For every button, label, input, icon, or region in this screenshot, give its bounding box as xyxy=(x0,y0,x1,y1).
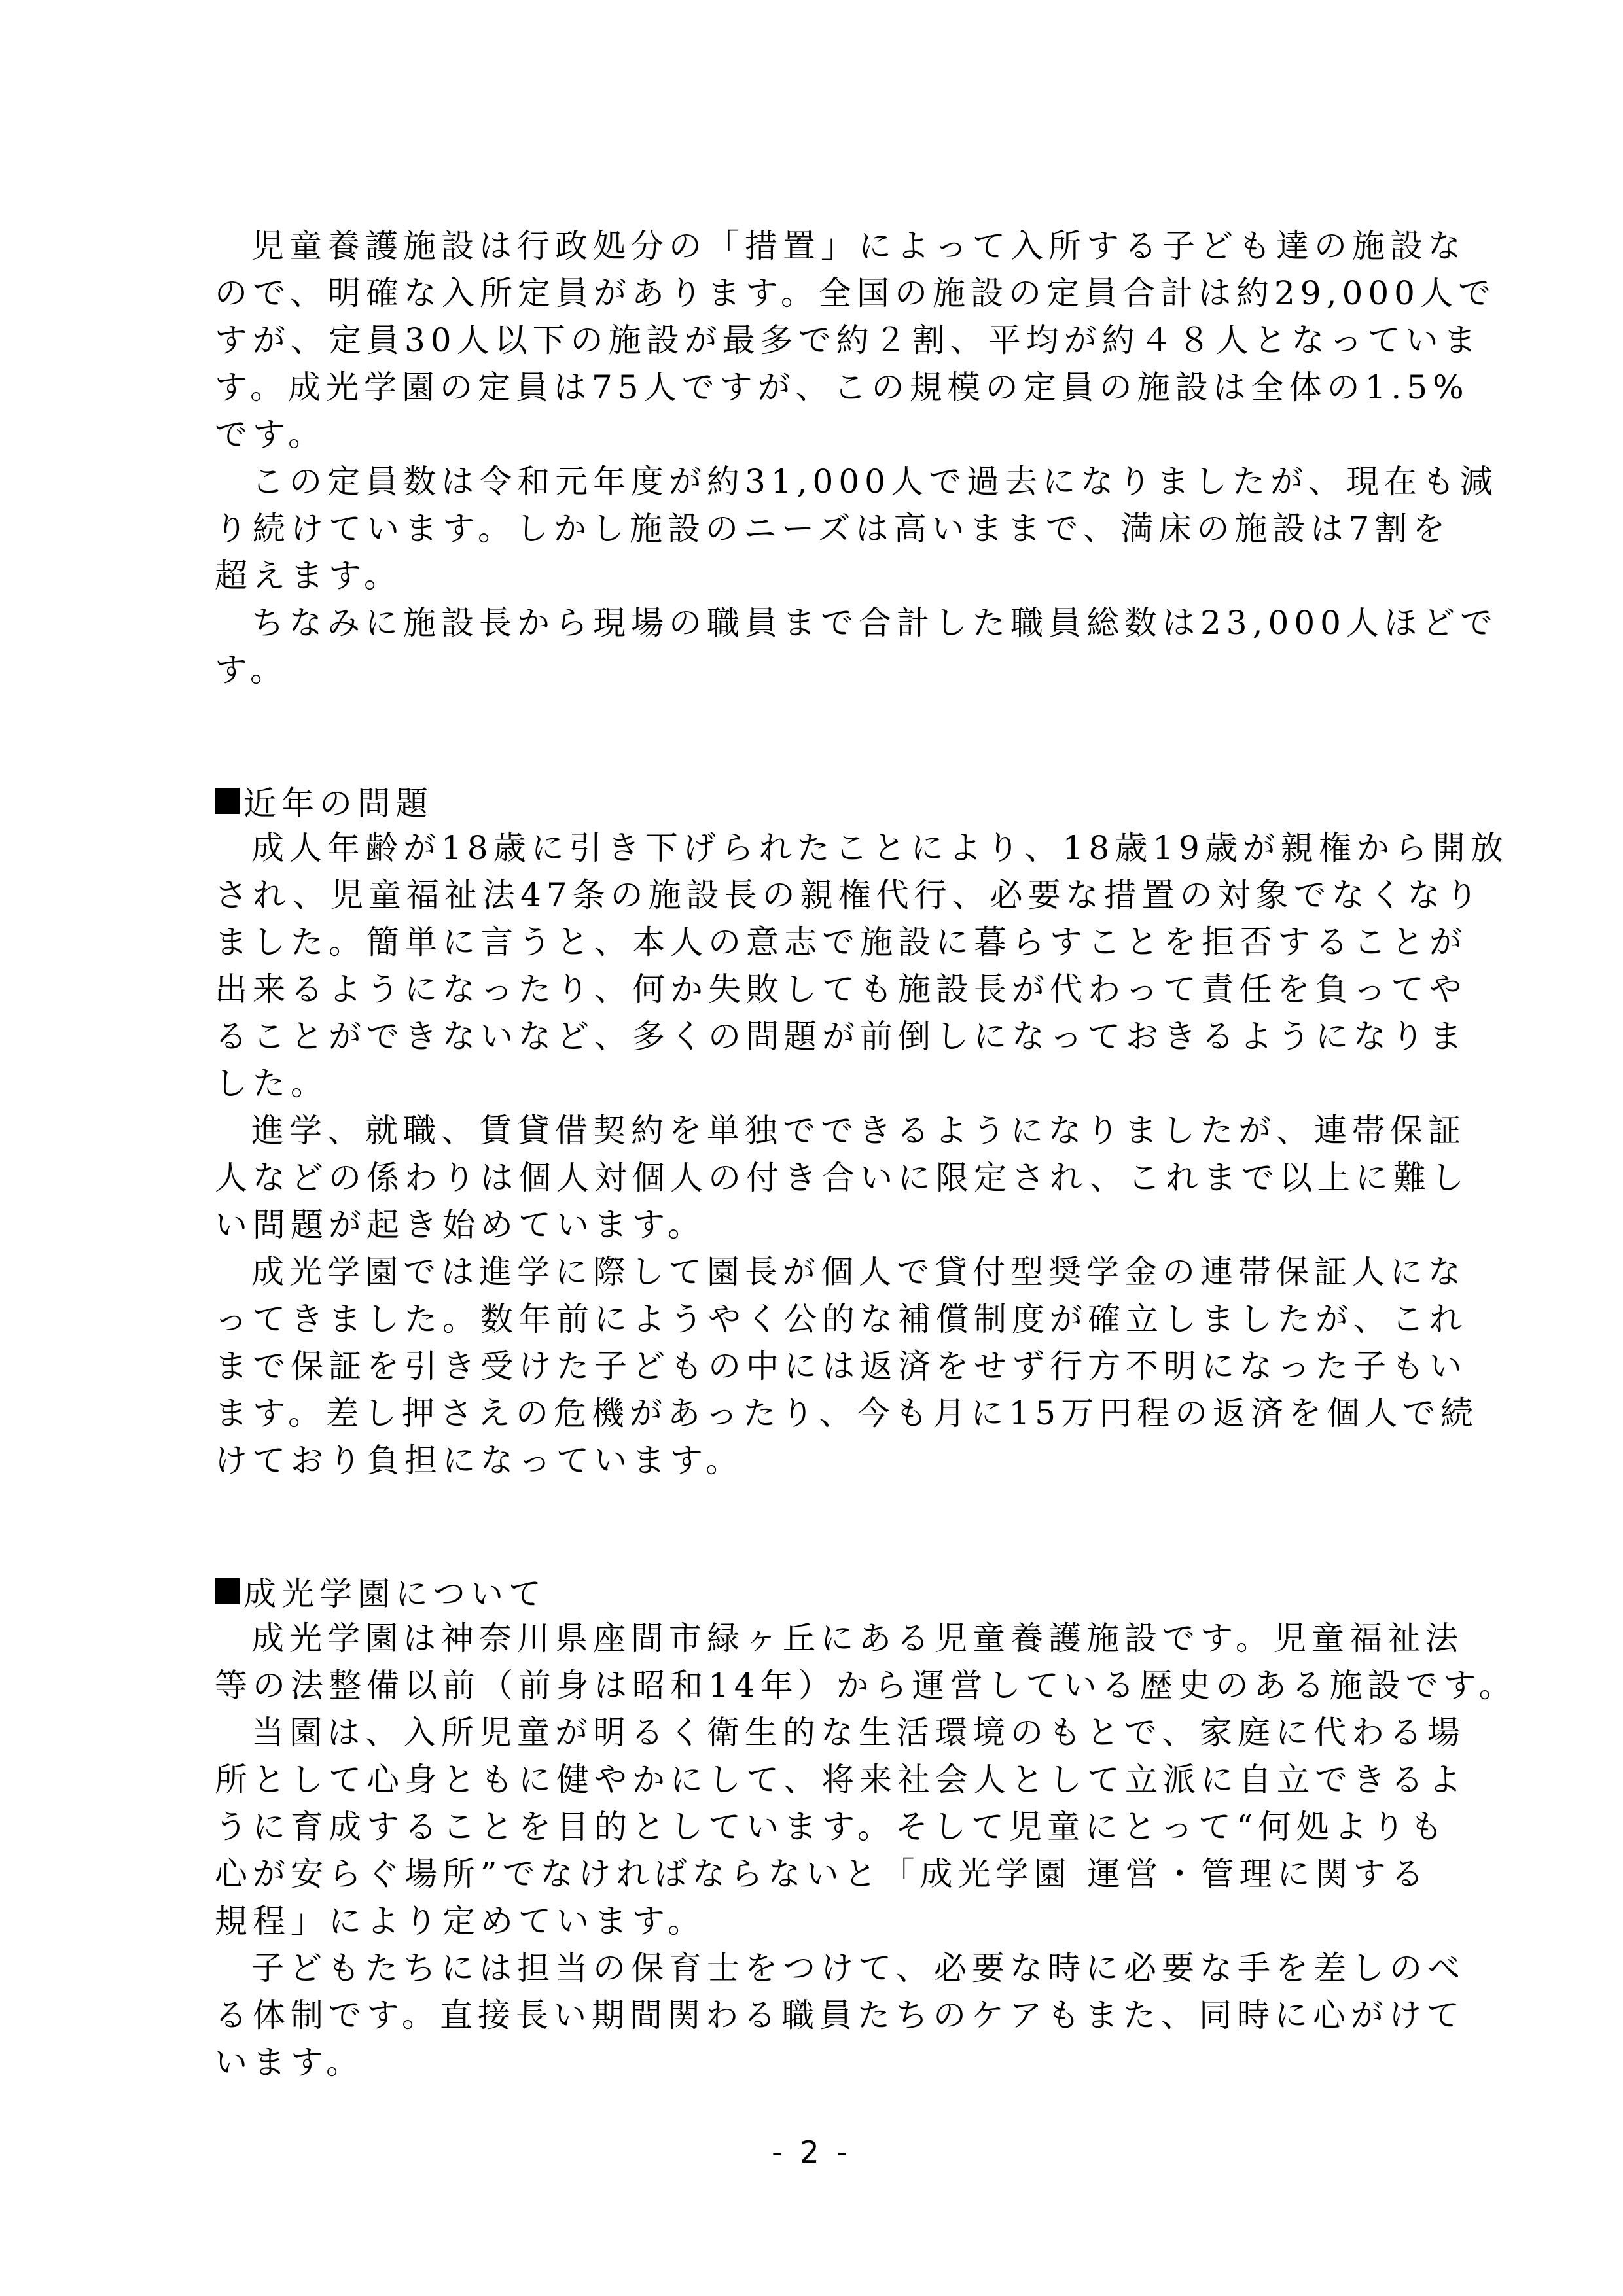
intro-paragraph-2: この定員数は令和元年度が約31,000人で過去になりましたが、現在も減 り続けて… xyxy=(215,458,1400,599)
section-1-paragraph-3: 成光学園では進学に際して園長が個人で貸付型奨学金の連帯保証人にな ってきました。… xyxy=(215,1248,1400,1484)
text-line: 人などの係わりは個人対個人の付き合いに限定され、これまで以上に難し xyxy=(215,1154,1400,1201)
text-line: 所として心身ともに健やかにして、将来社会人として立派に自立できるよ xyxy=(215,1756,1400,1803)
document-body: 児童養護施設は行政処分の「措置」によって入所する子ども達の施設な ので、明確な入… xyxy=(215,222,1400,2086)
text-line: す。成光学園の定員は75人ですが、この規模の定員の施設は全体の1.5% xyxy=(215,364,1400,411)
text-line: 出来るようになったり、何か失敗しても施設長が代わって責任を負ってや xyxy=(215,966,1400,1013)
text-line: 成光学園は神奈川県座間市緑ヶ丘にある児童養護施設です。児童福祉法 xyxy=(215,1615,1400,1662)
text-line: 進学、就職、賃貸借契約を単独でできるようになりましたが、連帯保証 xyxy=(215,1107,1400,1154)
section-2-paragraph-2: 当園は、入所児童が明るく衛生的な生活環境のもとで、家庭に代わる場 所として心身と… xyxy=(215,1709,1400,1945)
text-line: ます。差し押さえの危機があったり、今も月に15万円程の返済を個人で続 xyxy=(215,1390,1400,1437)
intro-paragraph-1: 児童養護施設は行政処分の「措置」によって入所する子ども達の施設な ので、明確な入… xyxy=(215,222,1400,458)
text-line: 等の法整備以前（前身は昭和14年）から運営している歴史のある施設です。 xyxy=(215,1662,1400,1709)
text-line: 超えます。 xyxy=(215,552,1400,599)
text-line: 心が安らぐ場所”でなければならないと「成光学園 運営・管理に関する xyxy=(215,1850,1400,1898)
text-line: り続けています。しかし施設のニーズは高いままで、満床の施設は7割を xyxy=(215,505,1400,552)
text-line: され、児童福祉法47条の施設長の親権代行、必要な措置の対象でなくなり xyxy=(215,872,1400,919)
section-heading-text: 近年の問題 xyxy=(243,777,433,824)
text-line: 児童養護施設は行政処分の「措置」によって入所する子ども達の施設な xyxy=(215,222,1400,270)
black-square-icon xyxy=(215,788,240,814)
section-2-paragraph-1: 成光学園は神奈川県座間市緑ヶ丘にある児童養護施設です。児童福祉法 等の法整備以前… xyxy=(215,1615,1400,1709)
text-line: した。 xyxy=(215,1060,1400,1107)
text-line: います。 xyxy=(215,2039,1400,2086)
text-line: す。 xyxy=(215,646,1400,694)
spacer xyxy=(215,1484,1400,1568)
text-line: ちなみに施設長から現場の職員まで合計した職員総数は23,000人ほどで xyxy=(215,599,1400,646)
section-1-paragraph-1: 成人年齢が18歳に引き下げられたことにより、18歳19歳が親権から開放 され、児… xyxy=(215,824,1400,1107)
section-recent-issues: 近年の問題 成人年齢が18歳に引き下げられたことにより、18歳19歳が親権から開… xyxy=(215,777,1400,1484)
section-heading: 成光学園について xyxy=(215,1568,1400,1615)
text-line: い問題が起き始めています。 xyxy=(215,1201,1400,1248)
intro-paragraph-3: ちなみに施設長から現場の職員まで合計した職員総数は23,000人ほどで す。 xyxy=(215,599,1400,694)
text-line: まで保証を引き受けた子どもの中には返済をせず行方不明になった子もい xyxy=(215,1343,1400,1390)
text-line: けており負担になっています。 xyxy=(215,1437,1400,1484)
section-2-paragraph-3: 子どもたちには担当の保育士をつけて、必要な時に必要な手を差しのべ る体制です。直… xyxy=(215,1945,1400,2086)
text-line: 規程」により定めています。 xyxy=(215,1898,1400,1945)
text-line: ました。簡単に言うと、本人の意志で施設に暮らすことを拒否することが xyxy=(215,919,1400,966)
section-1-paragraph-2: 進学、就職、賃貸借契約を単独でできるようになりましたが、連帯保証 人などの係わり… xyxy=(215,1107,1400,1248)
text-line: 成光学園では進学に際して園長が個人で貸付型奨学金の連帯保証人にな xyxy=(215,1248,1400,1296)
section-heading-text: 成光学園について xyxy=(243,1568,546,1615)
text-line: 子どもたちには担当の保育士をつけて、必要な時に必要な手を差しのべ xyxy=(215,1945,1400,1992)
section-heading: 近年の問題 xyxy=(215,777,1400,824)
section-about-seiko-gakuen: 成光学園について 成光学園は神奈川県座間市緑ヶ丘にある児童養護施設です。児童福祉… xyxy=(215,1568,1400,2086)
text-line: る体制です。直接長い期間関わる職員たちのケアもまた、同時に心がけて xyxy=(215,1992,1400,2039)
text-line: この定員数は令和元年度が約31,000人で過去になりましたが、現在も減 xyxy=(215,458,1400,505)
text-line: うに育成することを目的としています。そして児童にとって“何処よりも xyxy=(215,1803,1400,1850)
text-line: です。 xyxy=(215,411,1400,458)
spacer xyxy=(215,694,1400,777)
text-line: ってきました。数年前にようやく公的な補償制度が確立しましたが、これ xyxy=(215,1296,1400,1343)
text-line: ので、明確な入所定員があります。全国の施設の定員合計は約29,000人で xyxy=(215,270,1400,317)
text-line: ることができないなど、多くの問題が前倒しになっておきるようになりま xyxy=(215,1013,1400,1060)
text-line: 当園は、入所児童が明るく衛生的な生活環境のもとで、家庭に代わる場 xyxy=(215,1709,1400,1756)
page-number: - 2 - xyxy=(0,2134,1623,2170)
text-line: 成人年齢が18歳に引き下げられたことにより、18歳19歳が親権から開放 xyxy=(215,824,1400,872)
text-line: すが、定員30人以下の施設が最多で約２割、平均が約４８人となっていま xyxy=(215,317,1400,364)
black-square-icon xyxy=(215,1578,240,1604)
